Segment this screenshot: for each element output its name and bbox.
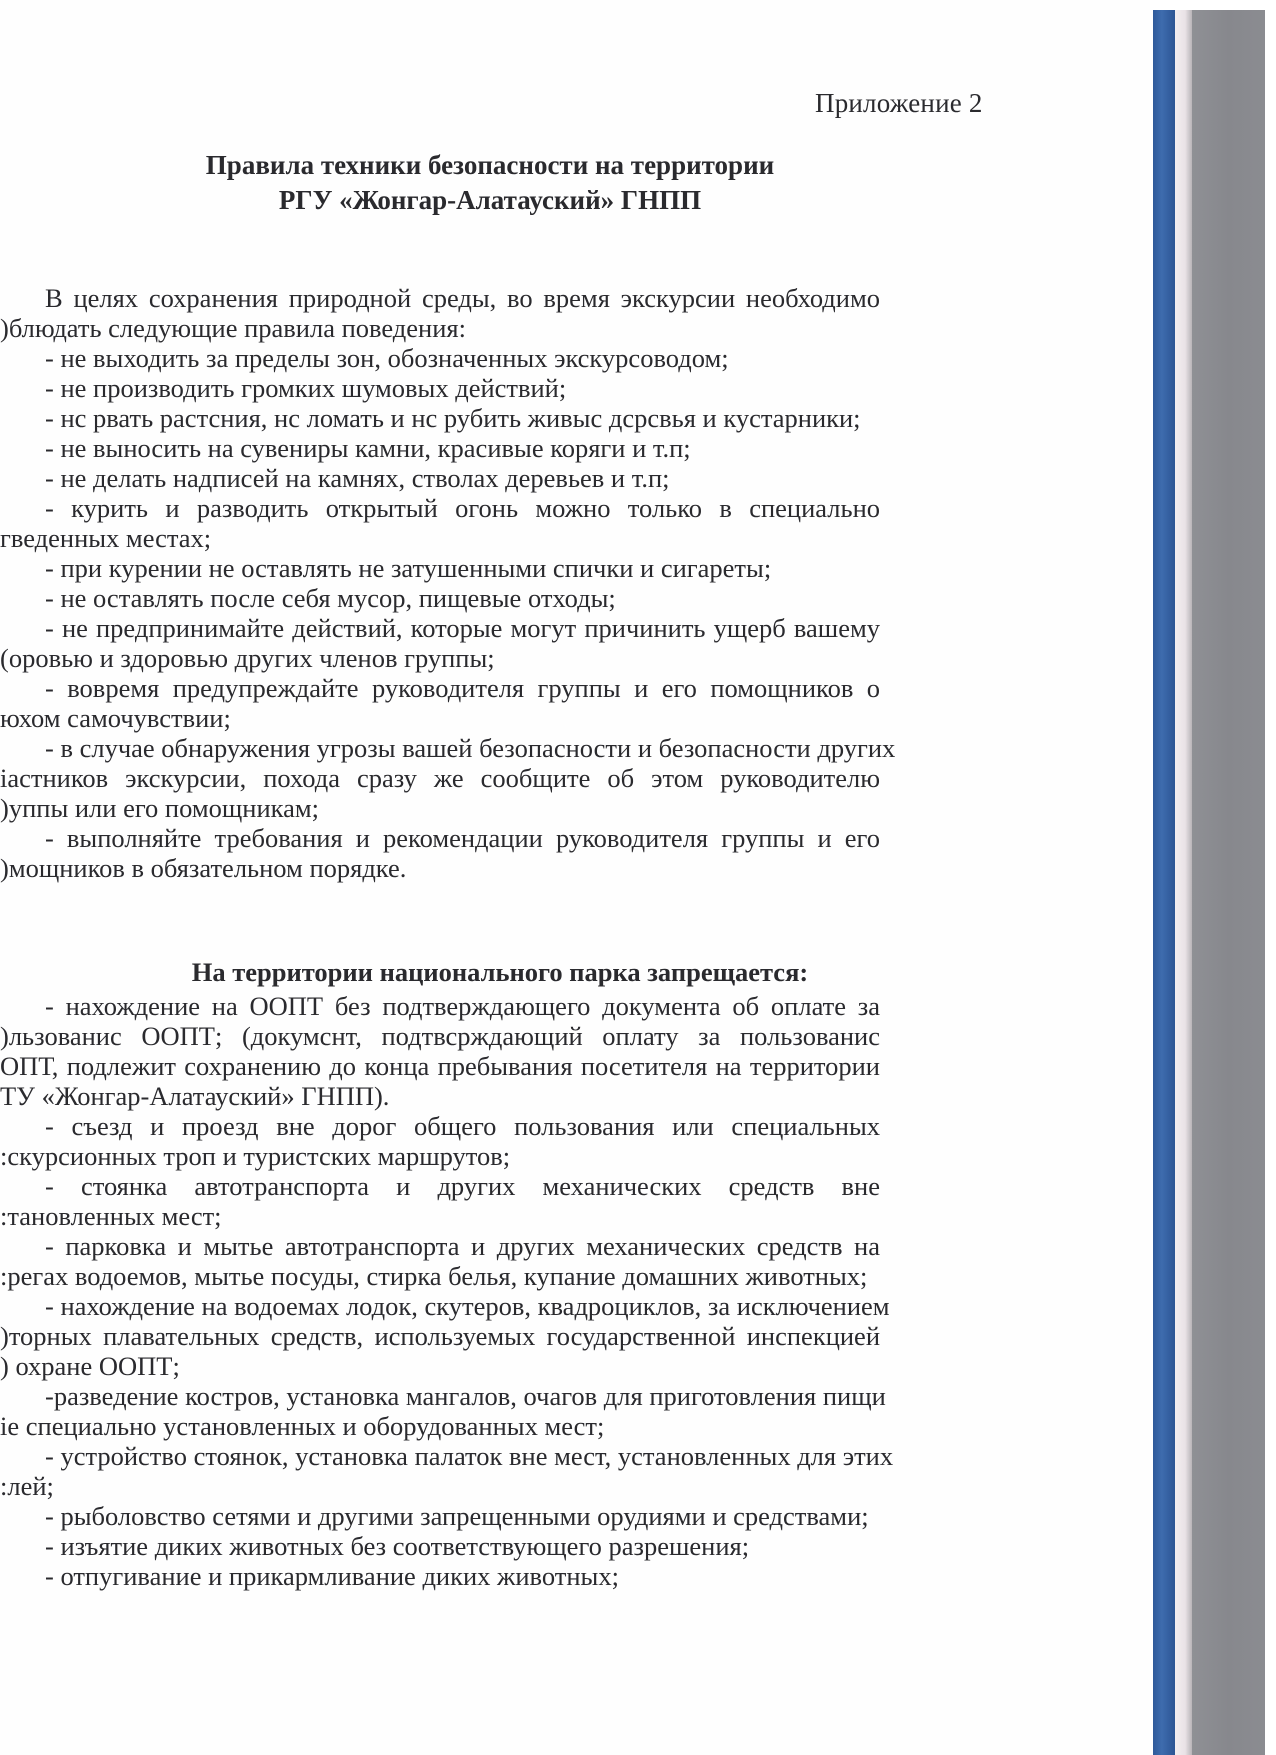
text-line: - рыболовство сетями и другими запрещенн…: [45, 1500, 869, 1532]
text-line: ТУ «Жонгар-Алатауский» ГНПП).: [0, 1080, 389, 1112]
text-line: ie специально установленных и оборудован…: [0, 1410, 604, 1442]
scanned-page: Приложение 2 Правила техники безопасност…: [0, 0, 1150, 1755]
text-line: )льзованис ООПТ; (докумснт, подтвсрждающ…: [0, 1020, 880, 1052]
page-title-line2: РГУ «Жонгар-Алатауский» ГНПП: [130, 183, 850, 218]
text-line: В целях сохранения природной среды, во в…: [45, 282, 880, 314]
text-line: - нахождение на водоемах лодок, скутеров…: [45, 1290, 880, 1322]
text-line: - не оставлять после себя мусор, пищевые…: [45, 582, 616, 614]
text-line: - не выносить на сувениры камни, красивы…: [45, 432, 691, 464]
text-line: - не выходить за пределы зон, обозначенн…: [45, 342, 729, 374]
scan-margin: [1265, 0, 1276, 1755]
text-line: -разведение костров, установка мангалов,…: [45, 1380, 880, 1412]
text-line: - не предпринимайте действий, которые мо…: [45, 612, 880, 644]
text-line: - нахождение на ООПТ без подтверждающего…: [45, 990, 880, 1022]
text-line: - отпугивание и прикармливание диких жив…: [45, 1560, 619, 1592]
text-line: - устройство стоянок, установка палаток …: [45, 1440, 880, 1472]
text-line: )мощников в обязательном порядке.: [0, 852, 406, 884]
binding-blue-strip: [1153, 10, 1175, 1755]
text-line: - вовремя предупреждайте руководителя гр…: [45, 672, 880, 704]
text-line: :лей;: [0, 1470, 54, 1502]
page-title-line1: Правила техники безопасности на территор…: [130, 148, 850, 183]
text-line: - при курении не оставлять не затушенным…: [45, 552, 771, 584]
text-line: юхом самочувствии;: [0, 702, 231, 734]
text-line: - курить и разводить открытый огонь можн…: [45, 492, 880, 524]
text-line: - не производить громких шумовых действи…: [45, 372, 566, 404]
text-line: - в случае обнаружения угрозы вашей безо…: [45, 732, 880, 764]
text-line: - выполняйте требования и рекомендации р…: [45, 822, 880, 854]
binding-white-strip: [1175, 10, 1192, 1755]
text-line: :тановленных мест;: [0, 1200, 222, 1232]
text-line: іастников экскурсии, похода сразу же соо…: [0, 762, 880, 794]
text-line: ) охране ООПТ;: [0, 1350, 180, 1382]
prohibited-heading: На территории национального парка запрещ…: [150, 957, 850, 988]
text-line: ОПТ, подлежит сохранению до конца пребыв…: [0, 1050, 880, 1082]
text-line: :скурсионных троп и туристских маршрутов…: [0, 1140, 510, 1172]
text-line: :регах водоемов, мытье посуды, стирка бе…: [0, 1260, 867, 1292]
text-line: )блюдать следующие правила поведения:: [0, 312, 466, 344]
text-line: - стоянка автотранспорта и других механи…: [45, 1170, 880, 1202]
text-line: - нс рвать растсния, нс ломать и нс руби…: [45, 402, 861, 434]
text-line: - съезд и проезд вне дорог общего пользо…: [45, 1110, 880, 1142]
text-line: )уппы или его помощникам;: [0, 792, 319, 824]
text-line: )торных плавательных средств, используем…: [0, 1320, 880, 1352]
binding-gray-cover: [1192, 10, 1265, 1755]
text-line: - изъятие диких животных без соответству…: [45, 1530, 749, 1562]
text-line: (оровью и здоровью других членов группы;: [0, 642, 495, 674]
appendix-label: Приложение 2: [815, 88, 983, 119]
text-line: - не делать надписей на камнях, стволах …: [45, 462, 670, 494]
text-line: гведенных местах;: [0, 522, 211, 554]
text-line: - парковка и мытье автотранспорта и друг…: [45, 1230, 880, 1262]
